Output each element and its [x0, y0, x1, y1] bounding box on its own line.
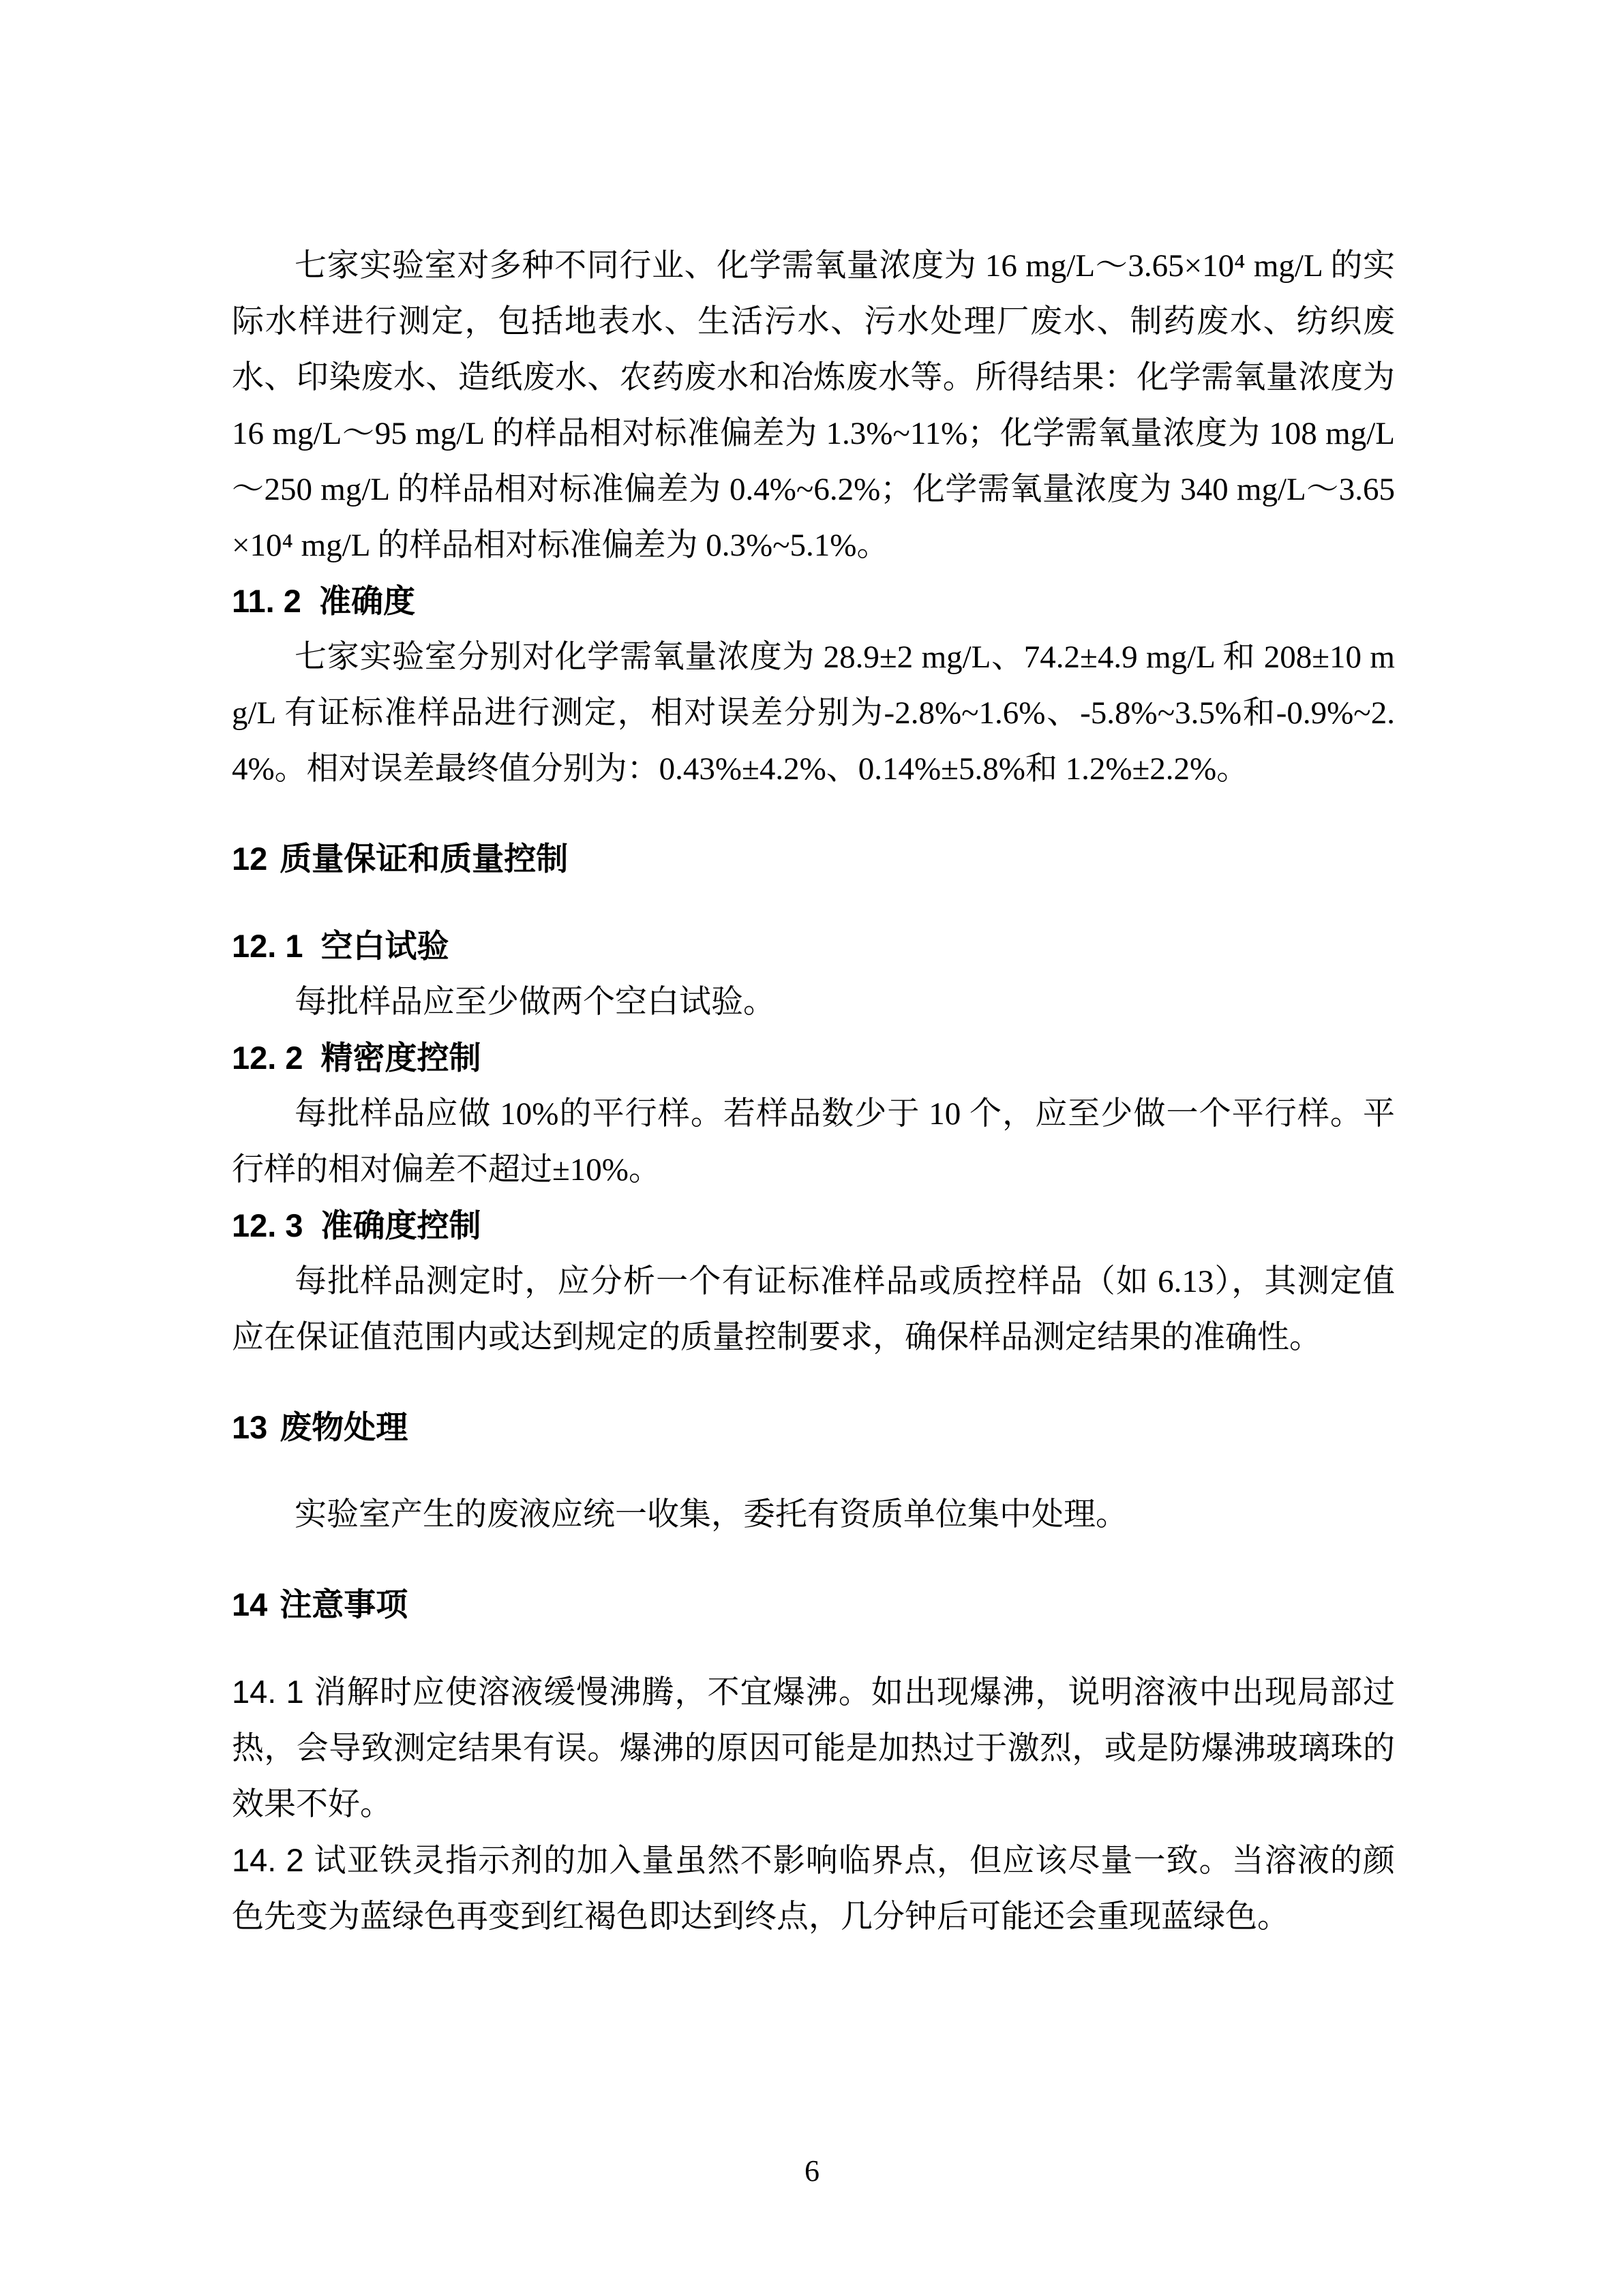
heading-number: 14 — [232, 1586, 267, 1622]
paragraph-accuracy-results: 七家实验室分别对化学需氧量浓度为 28.9±2 mg/L、74.2±4.9 mg… — [232, 629, 1395, 797]
heading-title: 注意事项 — [280, 1586, 408, 1622]
subsection-heading-12-2: 12. 2精密度控制 — [232, 1030, 1395, 1086]
heading-number: 12. 1 — [232, 928, 303, 964]
heading-title: 空白试验 — [321, 928, 449, 964]
heading-number: 13 — [232, 1409, 267, 1445]
heading-title: 废物处理 — [280, 1409, 408, 1445]
document-page: 七家实验室对多种不同行业、化学需氧量浓度为 16 mg/L～3.65×10⁴ m… — [0, 0, 1624, 2296]
heading-number: 11. 2 — [232, 583, 301, 619]
section-heading-14: 14注意事项 — [232, 1577, 1395, 1633]
clause-text: 消解时应使溶液缓慢沸腾，不宜爆沸。如出现爆沸，说明溶液中出现局部过热，会导致测定… — [232, 1675, 1395, 1822]
heading-title: 准确度 — [319, 583, 415, 619]
paragraph-accuracy-control: 每批样品测定时，应分析一个有证标准样品或质控样品（如 6.13），其测定值应在保… — [232, 1254, 1395, 1365]
paragraph-precision-control: 每批样品应做 10%的平行样。若样品数少于 10 个，应至少做一个平行样。平行样… — [232, 1086, 1395, 1198]
page-number: 6 — [0, 2143, 1624, 2199]
paragraph-precision-results: 七家实验室对多种不同行业、化学需氧量浓度为 16 mg/L～3.65×10⁴ m… — [232, 238, 1395, 573]
heading-title: 质量保证和质量控制 — [280, 841, 568, 877]
heading-number: 12. 3 — [232, 1207, 303, 1243]
section-heading-12: 12质量保证和质量控制 — [232, 831, 1395, 887]
heading-title: 准确度控制 — [321, 1207, 481, 1243]
clause-number: 14. 2 — [232, 1842, 304, 1878]
heading-number: 12. 2 — [232, 1040, 303, 1076]
paragraph-note-14-2: 14. 2试亚铁灵指示剂的加入量虽然不影响临界点，但应该尽量一致。当溶液的颜色先… — [232, 1832, 1395, 1945]
page-content: 七家实验室对多种不同行业、化学需氧量浓度为 16 mg/L～3.65×10⁴ m… — [232, 238, 1395, 1945]
paragraph-blank-test: 每批样品应至少做两个空白试验。 — [232, 974, 1395, 1030]
heading-number: 12 — [232, 841, 267, 877]
subsection-heading-11-2: 11. 2准确度 — [232, 573, 1395, 629]
section-heading-13: 13废物处理 — [232, 1400, 1395, 1455]
clause-text: 试亚铁灵指示剂的加入量虽然不影响临界点，但应该尽量一致。当溶液的颜色先变为蓝绿色… — [232, 1843, 1395, 1935]
subsection-heading-12-1: 12. 1空白试验 — [232, 918, 1395, 974]
paragraph-waste-disposal: 实验室产生的废液应统一收集，委托有资质单位集中处理。 — [232, 1487, 1395, 1543]
heading-title: 精密度控制 — [321, 1040, 481, 1076]
paragraph-note-14-1: 14. 1消解时应使溶液缓慢沸腾，不宜爆沸。如出现爆沸，说明溶液中出现局部过热，… — [232, 1664, 1395, 1832]
subsection-heading-12-3: 12. 3准确度控制 — [232, 1198, 1395, 1254]
clause-number: 14. 1 — [232, 1674, 304, 1710]
